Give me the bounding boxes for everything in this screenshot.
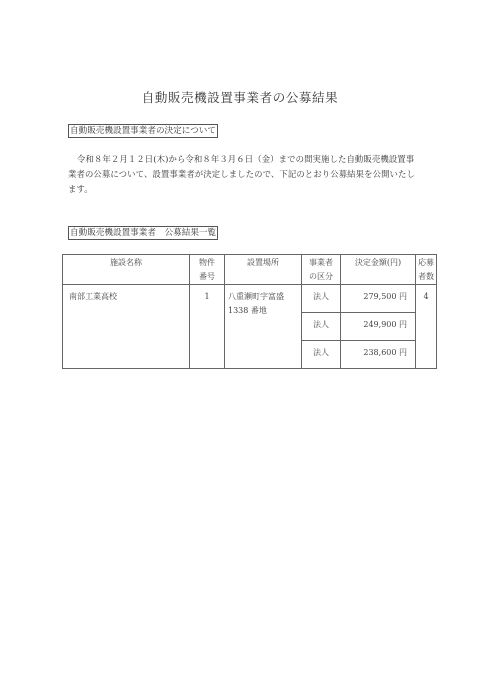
cell-amount: 279,500 円 [341, 285, 416, 313]
cell-item-number: 1 [190, 285, 225, 369]
table-header-row: 施設名称 物件 番号 設置場所 事業者 の区分 決定金額(円) 応募 者数 [63, 255, 437, 285]
cell-facility: 南部工業高校 [63, 285, 190, 369]
header-business-type-line1: 事業者 [309, 258, 333, 267]
page-title: 自動販売機設置事業者の公募結果 [0, 88, 480, 106]
cell-location-line2: 1338 番地 [228, 306, 267, 315]
header-applicants: 応募 者数 [416, 255, 437, 285]
header-item-number: 物件 番号 [190, 255, 225, 285]
cell-location-line1: 八重瀬町字富盛 [228, 292, 284, 301]
cell-business-type: 法人 [302, 285, 341, 313]
section-heading-decision: 自動販売機設置事業者の決定について [68, 124, 218, 138]
header-applicants-line1: 応募 [418, 258, 434, 267]
header-amount: 決定金額(円) [341, 255, 416, 285]
announcement-paragraph: 令和８年２月１２日(木)から令和８年３月６日（金）までの間実施した自動販売機設置… [68, 152, 420, 197]
cell-amount: 249,900 円 [341, 313, 416, 341]
header-facility: 施設名称 [63, 255, 190, 285]
header-business-type: 事業者 の区分 [302, 255, 341, 285]
cell-business-type: 法人 [302, 313, 341, 341]
cell-business-type: 法人 [302, 341, 341, 369]
header-applicants-line2: 者数 [418, 272, 434, 281]
cell-applicants: 4 [416, 285, 437, 369]
section-heading-results-list: 自動販売機設置事業者 公募結果一覧 [68, 226, 218, 240]
cell-location: 八重瀬町字富盛 1338 番地 [225, 285, 302, 369]
header-location: 設置場所 [225, 255, 302, 285]
header-item-number-line2: 番号 [199, 272, 215, 281]
results-table: 施設名称 物件 番号 設置場所 事業者 の区分 決定金額(円) 応募 者数 南部… [62, 254, 437, 369]
header-business-type-line2: の区分 [309, 272, 333, 281]
header-item-number-line1: 物件 [199, 258, 215, 267]
cell-amount: 238,600 円 [341, 341, 416, 369]
table-row: 南部工業高校 1 八重瀬町字富盛 1338 番地 法人 279,500 円 4 [63, 285, 437, 313]
document-page: 自動販売機設置事業者の公募結果 自動販売機設置事業者の決定について 令和８年２月… [0, 0, 480, 679]
